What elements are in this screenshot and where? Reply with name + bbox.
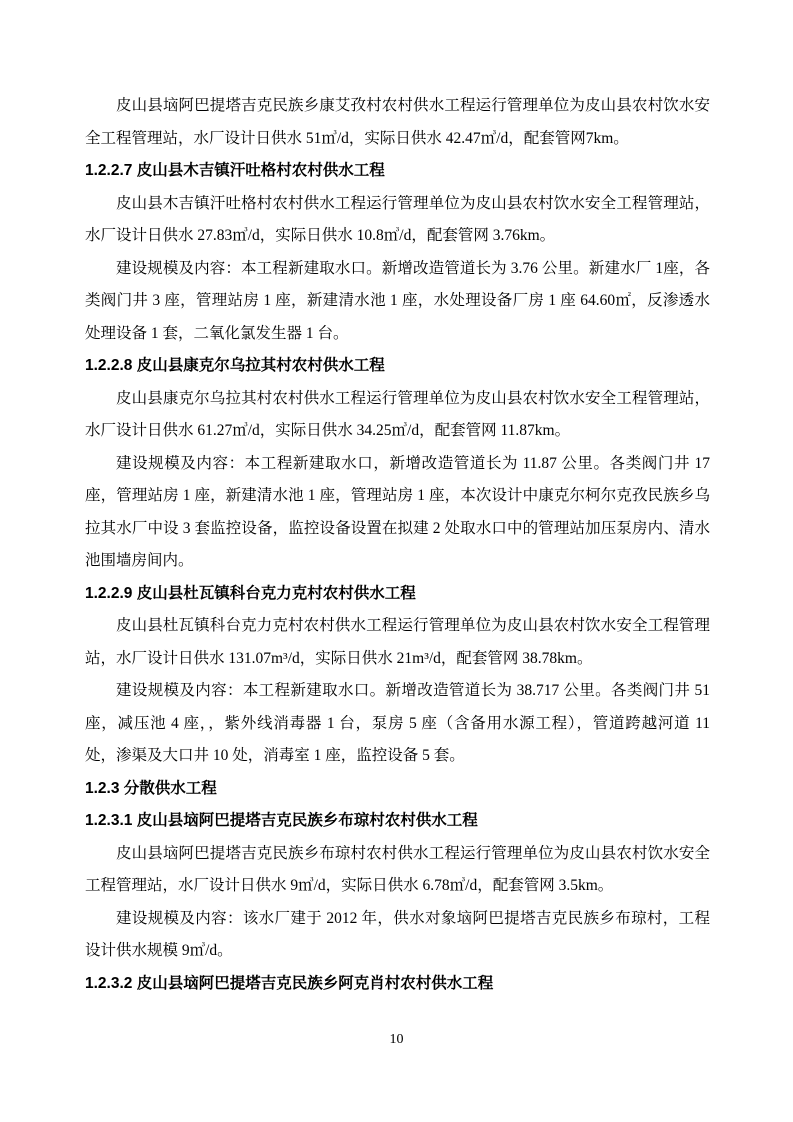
heading-1-2-2-7: 1.2.2.7 皮山县木吉镇汗吐格村农村供水工程 (85, 155, 710, 188)
page-number: 10 (0, 1030, 793, 1050)
paragraph-kangkeer-overview: 皮山县康克尔乌拉其村农村供水工程运行管理单位为皮山县农村饮水安全工程管理站，水厂… (85, 383, 710, 448)
paragraph-kangkeer-scale: 建设规模及内容：本工程新建取水口，新增改造管道长为 11.87 公里。各类阀门井… (85, 448, 710, 578)
paragraph-kangaizi-overview: 皮山县垴阿巴提塔吉克民族乡康艾孜村农村供水工程运行管理单位为皮山县农村饮水安全工… (85, 90, 710, 155)
document-page: 皮山县垴阿巴提塔吉克民族乡康艾孜村农村供水工程运行管理单位为皮山县农村饮水安全工… (0, 0, 793, 1122)
paragraph-hantuge-scale: 建设规模及内容：本工程新建取水口。新增改造管道长为 3.76 公里。新建水厂 1… (85, 253, 710, 351)
paragraph-buqiong-scale: 建设规模及内容：该水厂建于 2012 年，供水对象垴阿巴提塔吉克民族乡布琼村，工… (85, 903, 710, 968)
heading-1-2-3-1: 1.2.3.1 皮山县垴阿巴提塔吉克民族乡布琼村农村供水工程 (85, 805, 710, 838)
heading-1-2-2-9: 1.2.2.9 皮山县杜瓦镇科台克力克村农村供水工程 (85, 578, 710, 611)
paragraph-duwa-overview: 皮山县杜瓦镇科台克力克村农村供水工程运行管理单位为皮山县农村饮水安全工程管理站，… (85, 610, 710, 675)
heading-1-2-3-2: 1.2.3.2 皮山县垴阿巴提塔吉克民族乡阿克肖村农村供水工程 (85, 968, 710, 1001)
paragraph-buqiong-overview: 皮山县垴阿巴提塔吉克民族乡布琼村农村供水工程运行管理单位为皮山县农村饮水安全工程… (85, 838, 710, 903)
paragraph-duwa-scale: 建设规模及内容：本工程新建取水口。新增改造管道长为 38.717 公里。各类阀门… (85, 675, 710, 773)
heading-1-2-2-8: 1.2.2.8 皮山县康克尔乌拉其村农村供水工程 (85, 350, 710, 383)
heading-1-2-3: 1.2.3 分散供水工程 (85, 773, 710, 806)
paragraph-hantuge-overview: 皮山县木吉镇汗吐格村农村供水工程运行管理单位为皮山县农村饮水安全工程管理站，水厂… (85, 188, 710, 253)
